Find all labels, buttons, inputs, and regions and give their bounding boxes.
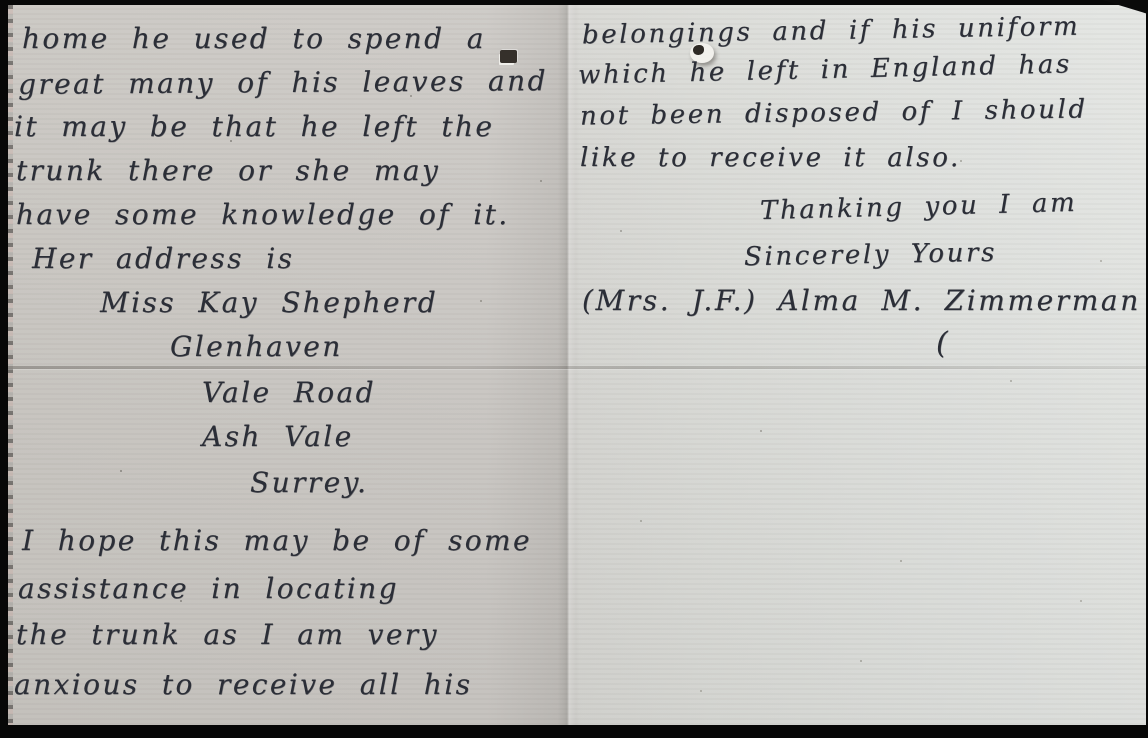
letter-line: anxious to receive all his	[14, 668, 472, 701]
letter-line: have some knowledge of it.	[16, 198, 510, 231]
letter-line: great many of his leaves and	[18, 64, 548, 101]
letter-line: Her address is	[32, 242, 294, 275]
address-line-road: Vale Road	[202, 376, 376, 409]
address-line-town: Ash Vale	[202, 420, 354, 453]
horizontal-fold-crease	[8, 366, 1146, 369]
signature-line: (Mrs. J.F.) Alma M. Zimmerman	[582, 284, 1141, 317]
letter-line: I hope this may be of some	[22, 524, 532, 557]
letter-line: it may be that he left the	[14, 110, 494, 143]
address-line-name: Miss Kay Shepherd	[100, 286, 438, 319]
letter-scan: home he used to spend a great many of hi…	[0, 0, 1148, 738]
letter-line: the trunk as I am very	[16, 618, 439, 651]
punch-hole-left	[500, 50, 517, 63]
closing-line: Sincerely Yours	[744, 238, 997, 272]
perforated-left-edge	[8, 5, 13, 725]
paper-specks	[0, 0, 2, 2]
letter-line: trunk there or she may	[16, 154, 440, 187]
scan-corner-shadow	[1102, 0, 1148, 14]
stray-pen-mark: (	[936, 326, 950, 361]
address-line-county: Surrey.	[250, 466, 368, 499]
letter-line: assistance in locating	[18, 572, 399, 605]
letter-line: like to receive it also.	[580, 143, 961, 173]
letter-line: home he used to spend a	[22, 22, 486, 55]
center-fold-crease	[558, 5, 576, 725]
address-line-house: Glenhaven	[170, 330, 343, 363]
